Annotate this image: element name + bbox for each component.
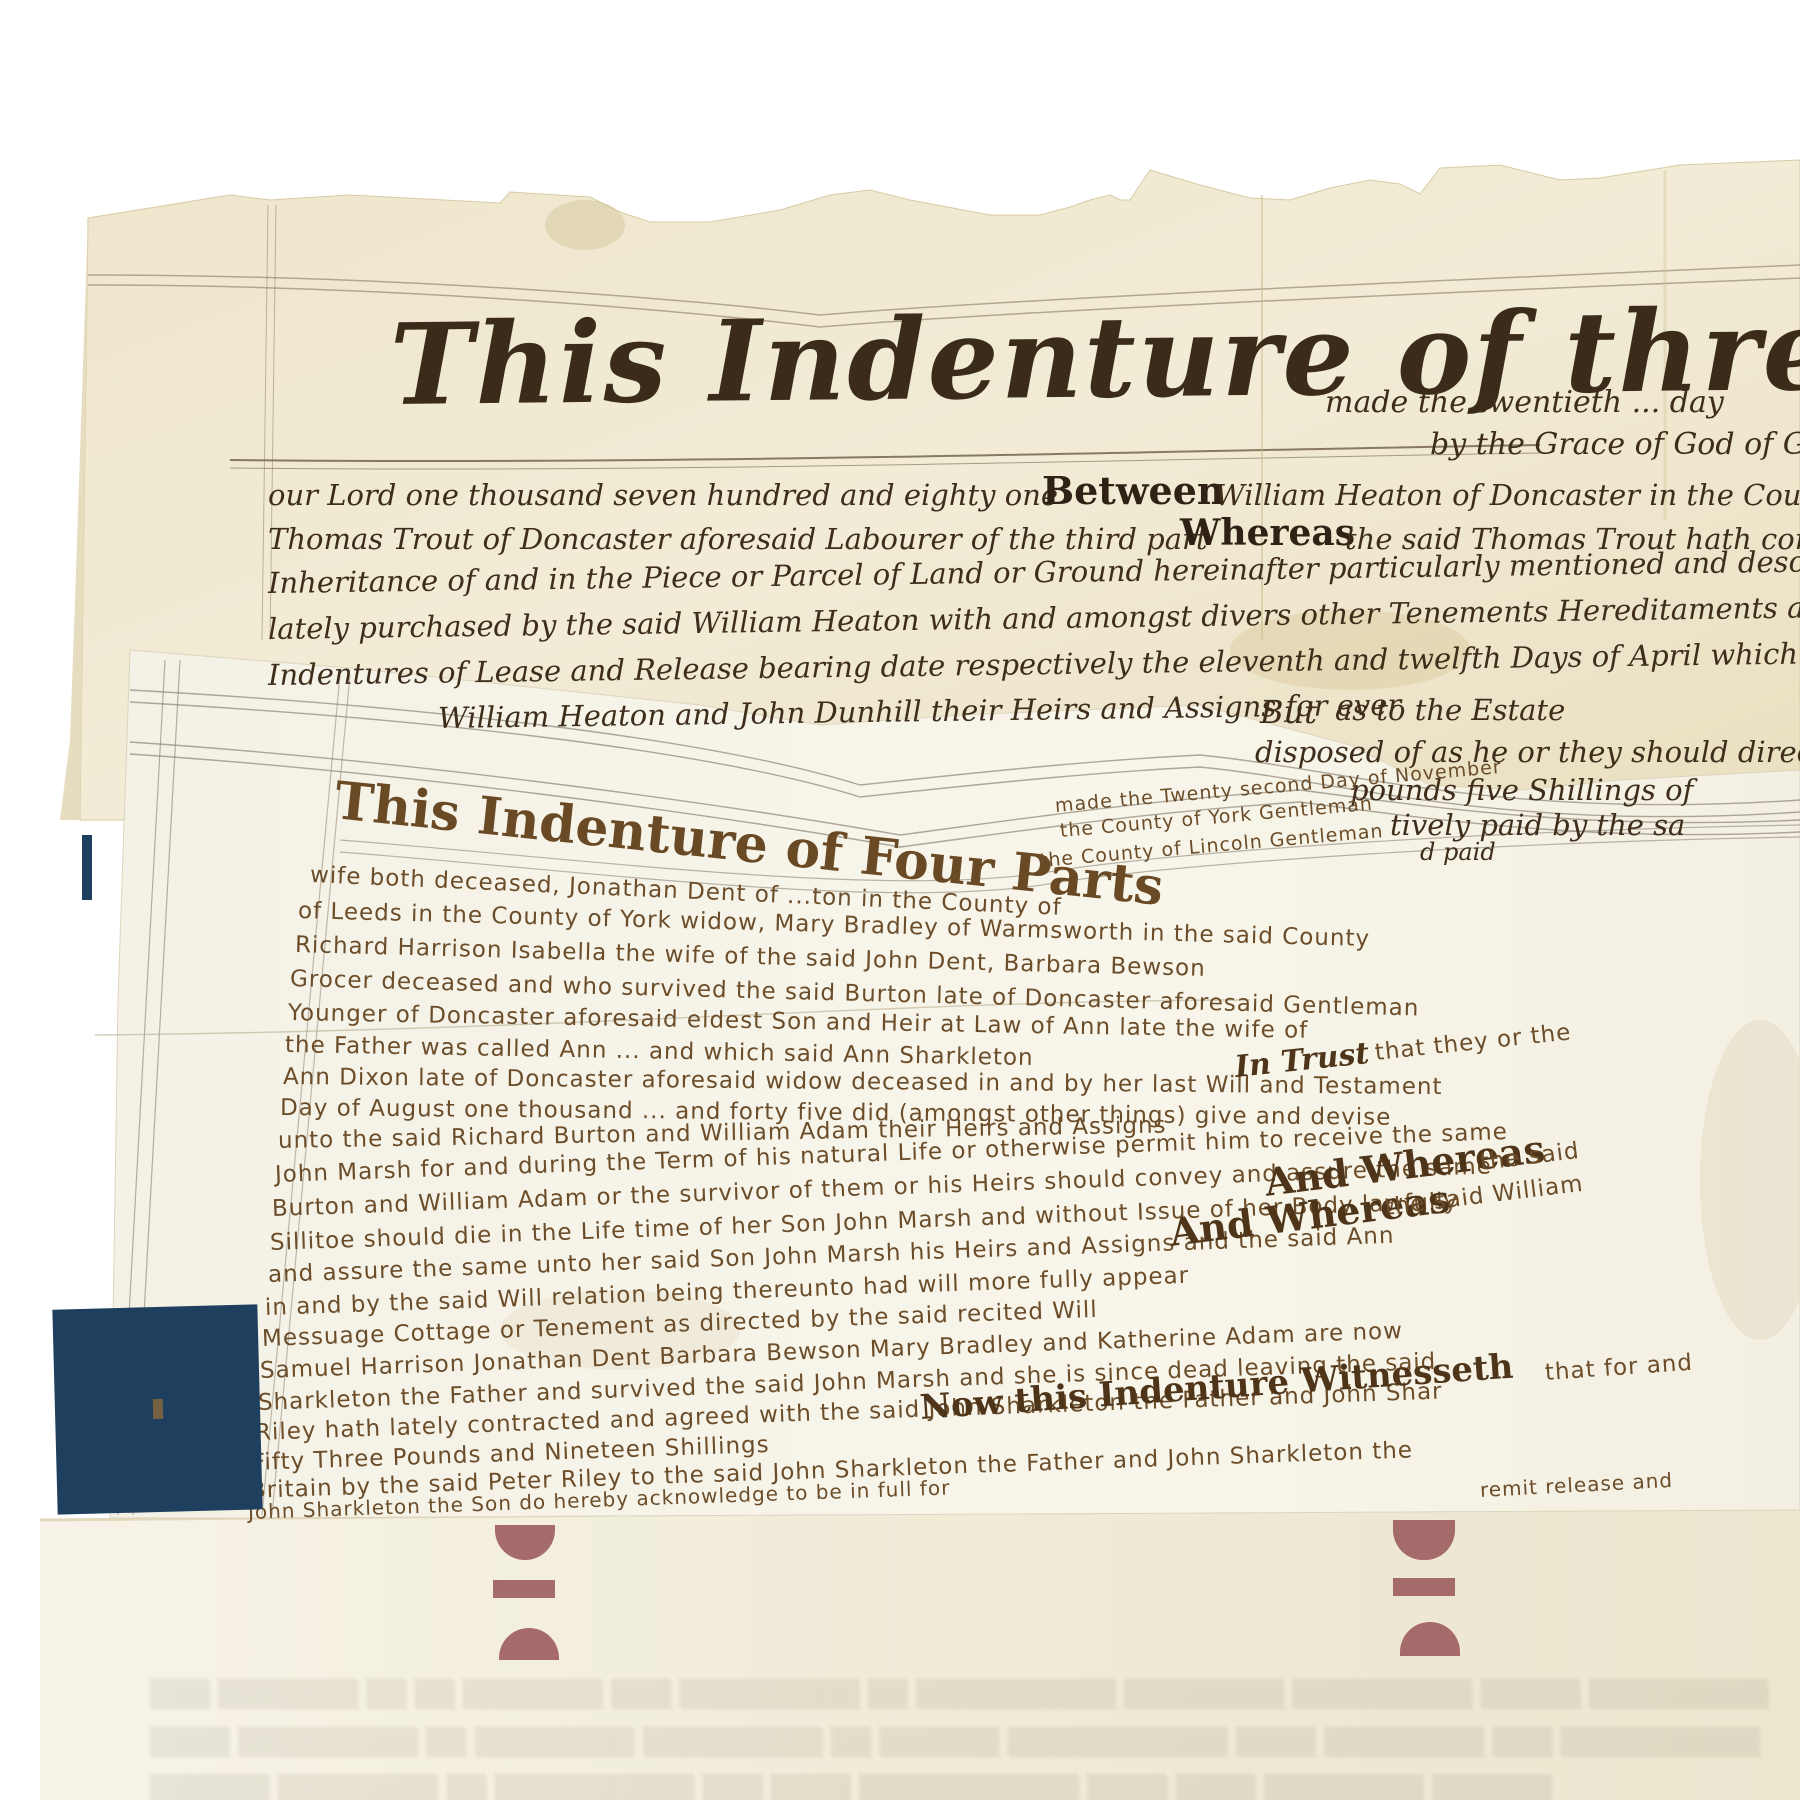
blue-seal-tab [52, 1304, 262, 1514]
show-through-text: ▒▒▒▒ ▒▒▒▒▒▒▒▒▒ ▒▒ ▒▒▒▒▒▒▒▒ ▒▒▒▒▒▒▒▒▒ ▒▒ … [150, 1728, 1761, 1758]
show-through-text: ▒▒▒▒▒▒ ▒▒▒▒▒▒▒▒ ▒▒ ▒▒▒▒▒▒▒▒▒▒ ▒▒▒ ▒▒▒▒ ▒… [150, 1775, 1552, 1800]
show-through-text: ▒▒▒ ▒▒▒▒▒▒▒ ▒▒ ▒▒ ▒▒▒▒▒▒▒ ▒▒▒ ▒▒▒▒▒▒▒▒▒ … [150, 1680, 1769, 1710]
blue-tab-edge [82, 835, 92, 900]
ribbon-segment [1393, 1578, 1455, 1596]
seal-mark-icon [153, 1399, 164, 1419]
front-text-line: that they or the [1374, 1019, 1573, 1065]
ribbon-segment [493, 1580, 555, 1598]
front-text-line: that for and [1544, 1350, 1694, 1386]
front-text-line: remit release and [1479, 1468, 1673, 1502]
front-indenture-document: This Indenture of Four Parts made the Tw… [0, 0, 1800, 1800]
